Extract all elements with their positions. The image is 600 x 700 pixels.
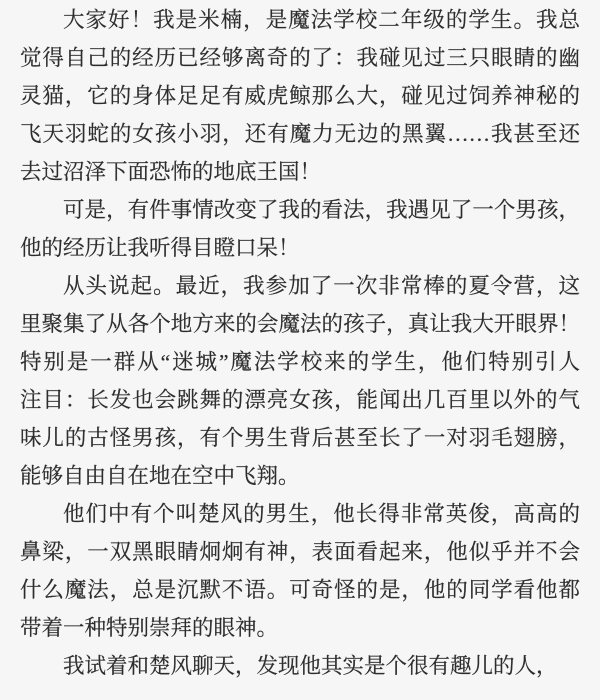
text-line: 他的经历让我听得目瞪口呆！ xyxy=(20,229,580,267)
text-line: 去过沼泽下面恐怖的地底王国！ xyxy=(20,153,580,191)
text-line: 特别是一群从“迷城”魔法学校来的学生，他们特别引人 xyxy=(20,343,580,381)
text-line: 可是，有件事情改变了我的看法，我遇见了一个男孩， xyxy=(20,191,580,229)
story-text: 大家好！我是米楠，是魔法学校二年级的学生。我总觉得自己的经历已经够离奇的了：我碰… xyxy=(0,0,600,685)
text-line: 注目：长发也会跳舞的漂亮女孩，能闻出几百里以外的气 xyxy=(20,381,580,419)
text-line: 我试着和楚风聊天，发现他其实是个很有趣儿的人， xyxy=(20,647,580,685)
text-line: 他们中有个叫楚风的男生，他长得非常英俊，高高的 xyxy=(20,495,580,533)
text-line: 味儿的古怪男孩，有个男生背后甚至长了一对羽毛翅膀， xyxy=(20,419,580,457)
text-line: 鼻梁，一双黑眼睛炯炯有神，表面看起来，他似乎并不会 xyxy=(20,533,580,571)
text-line: 从头说起。最近，我参加了一次非常棒的夏令营，这 xyxy=(20,267,580,305)
text-line: 觉得自己的经历已经够离奇的了：我碰见过三只眼睛的幽 xyxy=(20,39,580,77)
text-line: 什么魔法，总是沉默不语。可奇怪的是，他的同学看他都 xyxy=(20,571,580,609)
text-line: 飞天羽蛇的女孩小羽，还有魔力无边的黑翼……我甚至还 xyxy=(20,115,580,153)
text-line: 大家好！我是米楠，是魔法学校二年级的学生。我总 xyxy=(20,1,580,39)
text-line: 里聚集了从各个地方来的会魔法的孩子，真让我大开眼界！ xyxy=(20,305,580,343)
book-page: 大家好！我是米楠，是魔法学校二年级的学生。我总觉得自己的经历已经够离奇的了：我碰… xyxy=(0,0,600,700)
text-line: 带着一种特别崇拜的眼神。 xyxy=(20,609,580,647)
text-line: 灵猫，它的身体足足有威虎鲸那么大，碰见过饲养神秘的 xyxy=(20,77,580,115)
text-line: 能够自由自在地在空中飞翔。 xyxy=(20,457,580,495)
